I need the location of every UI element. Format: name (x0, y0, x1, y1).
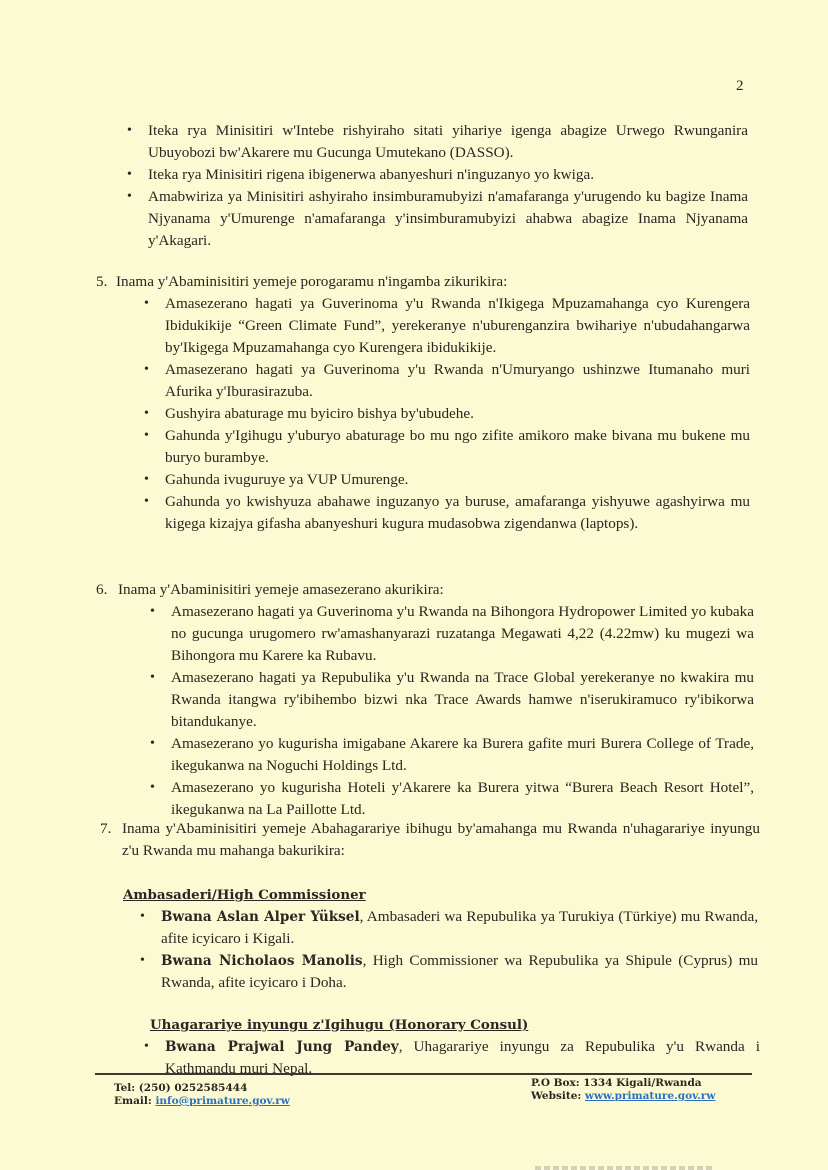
footer-website-row: Website: www.primature.gov.rw (531, 1090, 715, 1103)
list-item: Amasezerano hagati ya Guverinoma y'u Rwa… (171, 601, 754, 667)
list-item: Amabwiriza ya Minisitiri ashyiraho insim… (148, 186, 748, 252)
top-bullet-list: Iteka rya Minisitiri w'Intebe rishyiraho… (148, 120, 748, 252)
page-number: 2 (736, 78, 744, 95)
section-number: 5. (96, 271, 107, 293)
ambassadors-heading: Ambasaderi/High Commissioner (123, 884, 760, 906)
section-6: 6. Inama y'Abaminisitiri yemeje amasezer… (96, 579, 760, 821)
footer-email-row: Email: info@primature.gov.rw (114, 1095, 290, 1108)
honorary-consul-heading: Uhagarariye inyungu z'Igihugu (Honorary … (150, 1014, 760, 1036)
list-item: Amasezerano yo kugurisha imigabane Akare… (171, 733, 754, 777)
list-item: Gahunda ivuguruye ya VUP Umurenge. (165, 469, 750, 491)
email-link[interactable]: info@primature.gov.rw (155, 1095, 289, 1107)
person-name: Bwana Prajwal Jung Pandey (165, 1039, 399, 1055)
section-number: 6. (96, 579, 107, 601)
section-7: 7. Inama y'Abaminisitiri yemeje Abahagar… (100, 818, 760, 1080)
list-item: Amasezerano hagati ya Guverinoma y'u Rwa… (165, 293, 750, 359)
list-item: Bwana Aslan Alper Yüksel, Ambasaderi wa … (161, 906, 758, 950)
list-item: Amasezerano hagati ya Guverinoma y'u Rwa… (165, 359, 750, 403)
footer-divider (95, 1073, 752, 1075)
list-item: Gahunda y'Igihugu y'uburyo abaturage bo … (165, 425, 750, 469)
footer-email-label: Email: (114, 1095, 155, 1107)
footer-tel: Tel: (250) 0252585444 (114, 1082, 290, 1095)
list-item: Gahunda yo kwishyuza abahawe inguzanyo y… (165, 491, 750, 535)
footer-website-label: Website: (531, 1090, 585, 1102)
person-name: Bwana Nicholaos Manolis (161, 953, 363, 969)
section-heading: Inama y'Abaminisitiri yemeje amasezerano… (96, 579, 760, 601)
section-heading: Inama y'Abaminisitiri yemeje Abahagarari… (100, 818, 760, 862)
scan-artifact (535, 1166, 715, 1170)
footer-contact: Tel: (250) 0252585444 Email: info@primat… (114, 1082, 290, 1108)
section-5: 5. Inama y'Abaminisitiri yemeje porogara… (96, 271, 756, 535)
list-item: Amasezerano hagati ya Repubulika y'u Rwa… (171, 667, 754, 733)
list-item: Iteka rya Minisitiri w'Intebe rishyiraho… (148, 120, 748, 164)
list-item: Amasezerano yo kugurisha Hoteli y'Akarer… (171, 777, 754, 821)
section-heading: Inama y'Abaminisitiri yemeje porogaramu … (96, 271, 756, 293)
list-item: Iteka rya Minisitiri rigena ibigenerwa a… (148, 164, 748, 186)
list-item: Gushyira abaturage mu byiciro bishya by'… (165, 403, 750, 425)
person-name: Bwana Aslan Alper Yüksel (161, 909, 360, 925)
website-link[interactable]: www.primature.gov.rw (585, 1090, 715, 1102)
list-item: Bwana Nicholaos Manolis, High Commission… (161, 950, 758, 994)
footer-address: P.O Box: 1334 Kigali/Rwanda Website: www… (531, 1077, 715, 1103)
footer-po-box: P.O Box: 1334 Kigali/Rwanda (531, 1077, 715, 1090)
section-number: 7. (100, 818, 111, 840)
